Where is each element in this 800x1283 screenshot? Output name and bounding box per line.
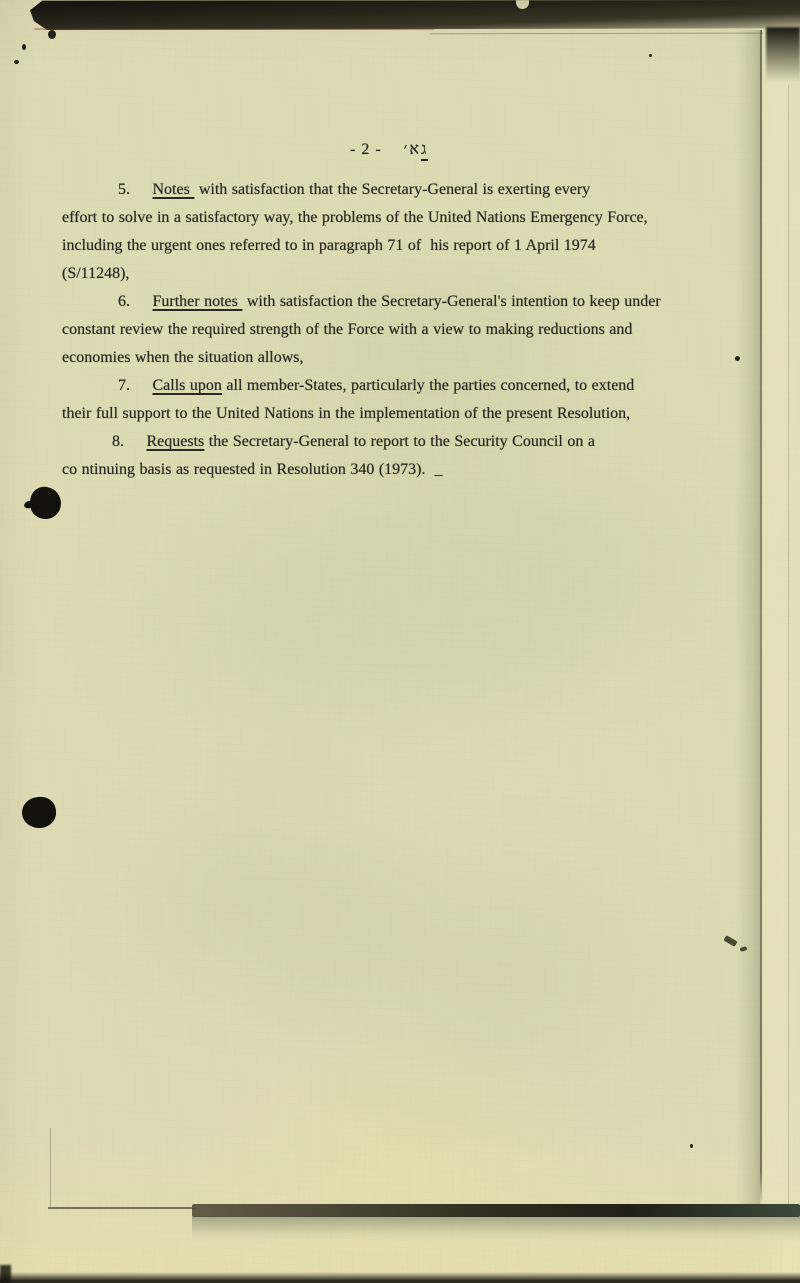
ink-speck	[649, 54, 652, 57]
text-line: their full support to the United Nations…	[62, 400, 762, 428]
ink-speck	[48, 30, 56, 39]
top-bar-notch	[516, 0, 529, 9]
paragraph-7: 7. Calls upon all member-States, particu…	[62, 372, 762, 428]
resolution-paragraphs: 5. Notes with satisfaction that the Secr…	[62, 176, 762, 484]
text-line: 8. Requests the Secretary-General to rep…	[62, 428, 762, 456]
text-line: economies when the situation allows,	[62, 344, 762, 372]
scanned-document-page: - 2 - גא׳ 5. Notes with satisfaction tha…	[0, 0, 800, 1283]
paragraph-8: 8. Requests the Secretary-General to rep…	[62, 428, 762, 484]
ink-speck	[14, 60, 19, 64]
bottom-left-corner-shadow	[0, 1265, 11, 1283]
ink-speck	[22, 44, 26, 50]
hebrew-reference-mark: גא׳	[404, 141, 429, 159]
ink-speck	[690, 1144, 693, 1148]
bottom-thin-rule	[48, 1207, 196, 1209]
page-header: - 2 - גא׳	[350, 141, 428, 159]
page-number: - 2 -	[350, 141, 382, 159]
bottom-left-hairline	[50, 1128, 51, 1208]
text-line: effort to solve in a satisfactory way, t…	[62, 204, 762, 232]
text-line: (S/11248),	[62, 260, 762, 288]
right-page-edge-strip	[763, 30, 800, 1206]
period-ink-dot	[735, 356, 740, 361]
text-line: co ntinuing basis as requested in Resolu…	[62, 456, 762, 484]
bottom-page-edge-shadow	[0, 1272, 800, 1283]
scan-top-edge-bar	[30, 0, 800, 30]
paragraph-6: 6. Further notes with satisfaction the S…	[62, 288, 762, 372]
top-right-shadow-blob	[766, 27, 800, 87]
scan-bottom-edge-bar	[192, 1204, 800, 1217]
right-edge-hairline	[788, 85, 789, 1205]
text-line: 6. Further notes with satisfaction the S…	[62, 288, 762, 316]
text-line: 5. Notes with satisfaction that the Secr…	[62, 176, 762, 204]
text-line: constant review the required strength of…	[62, 316, 762, 344]
paragraph-5: 5. Notes with satisfaction that the Secr…	[62, 176, 762, 288]
text-line: 7. Calls upon all member-States, particu…	[62, 372, 762, 400]
text-line: including the urgent ones referred to in…	[62, 232, 762, 260]
punch-hole-ink-blot-bottom	[20, 795, 57, 829]
top-bar-red-underline	[34, 28, 434, 30]
top-hairline	[430, 33, 763, 35]
bottom-bar-smear	[192, 1216, 800, 1240]
